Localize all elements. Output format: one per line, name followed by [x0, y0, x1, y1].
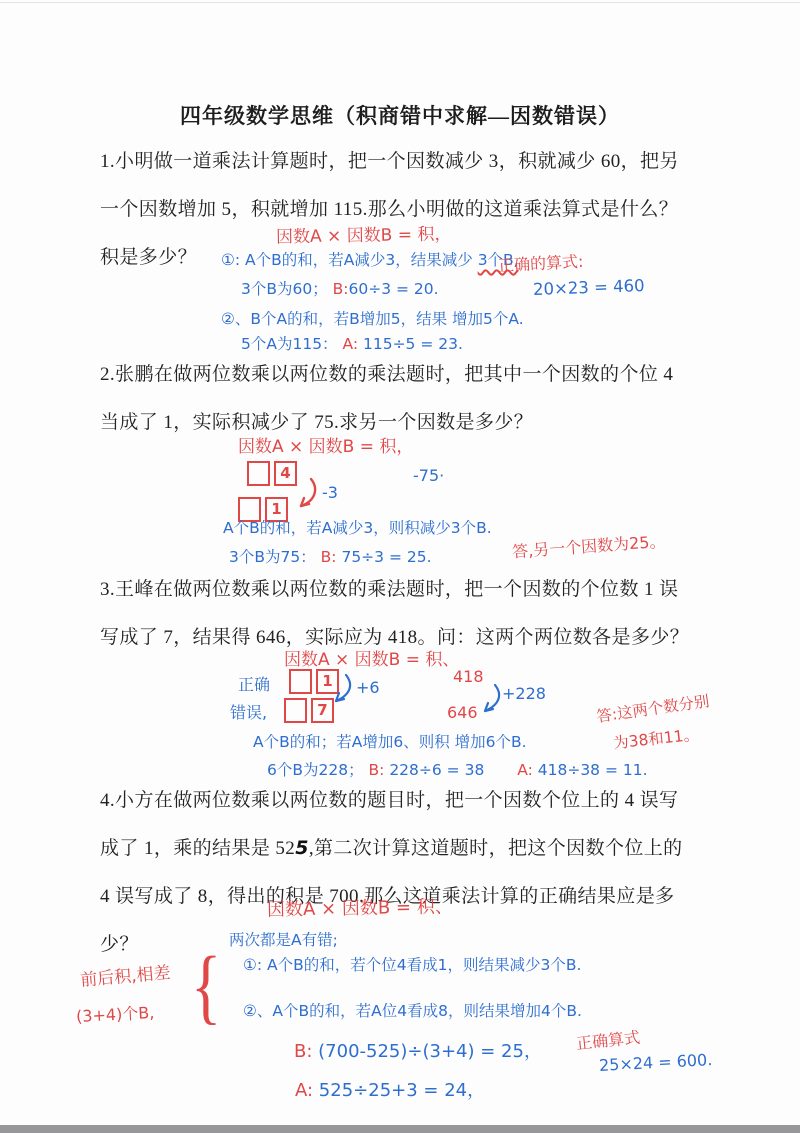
problem3-step2-calc: 228÷6 = 38 — [389, 761, 484, 779]
problem3-answer-line2: 为38和11。 — [612, 723, 700, 754]
page-top-edge — [0, 2, 800, 3]
problem4-step1: ①: A个B的和，若个位4看成1，则结果减少3个B. — [243, 953, 581, 975]
problem3-plus228: +228 — [502, 684, 546, 703]
problem1-step4-a-label: A: — [342, 335, 358, 353]
problem4-calcB-expr: (700-525)÷(3+4) = 25， — [318, 1041, 542, 1062]
problem3-wrong-label: 错误, — [230, 700, 267, 723]
page-title: 四年级数学思维（积商错中求解—因数错误） — [0, 100, 800, 130]
problem1-step3: ②、B个A的和，若B增加5，结果 增加5个A. — [221, 307, 524, 329]
problem4-note: 两次都是A有错; — [229, 928, 338, 950]
problem1-step1-text: ①: A个B的和，若A减少3，结果减少 — [221, 251, 478, 269]
problem4-step2: ②、A个B的和，若A位4看成8，则结果增加4个B. — [243, 999, 582, 1021]
problem1-step4: 5个A为115： A: 115÷5 = 23. — [241, 332, 463, 354]
problem1-step1: ①: A个B的和，若A减少3，结果减少 3个B, — [221, 248, 519, 270]
problem1-step4-text: 5个A为115： — [241, 335, 342, 353]
problem4-overwritten-digit: 5 — [295, 837, 309, 859]
problem3-wrong-box: 7 — [284, 698, 338, 723]
problem3-step2-b-label: B: — [369, 761, 385, 779]
problem3-step2: 6个B为228； B: 228÷6 = 38 A: 418÷38 = 11. — [267, 758, 648, 780]
problem1-text-line2: 一个因数增加 5，积就增加 115.那么小明做的这道乘法算式是什么？ — [100, 194, 720, 221]
problem2-step1: A个B的和，若A减少3，则积减少3个B. — [223, 516, 492, 538]
problem4-side-note-line2: (3+4)个B, — [75, 1000, 154, 1027]
problem4-side-note-line1: 前后积,相差 — [79, 958, 171, 991]
problem3-answer-line1: 答:这两个数分别 — [595, 689, 711, 727]
problem4-formula-note: 因数A × 因数B = 积、 — [267, 892, 453, 921]
problem4-text-line2c: ,第二次计算这道题时，把这个因数个位上的 — [309, 838, 683, 859]
problem3-correct-label: 正确 — [238, 672, 270, 695]
problem2-text-line2: 当成了 1，实际积减少了 75.求另一个因数是多少？ — [100, 407, 720, 434]
problem4-calcA-expr: 525÷25+3 = 24， — [319, 1080, 485, 1101]
problem2-text-line1: 2.张鹏在做两位数乘以两位数的乘法题时，把其中一个因数的个位 4 — [100, 359, 720, 386]
problem2-step2-b-label: B: — [321, 548, 337, 566]
worksheet-page: 四年级数学思维（积商错中求解—因数错误） 1.小明做一道乘法计算题时，把一个因数… — [0, 0, 800, 1133]
problem4-correct-label: 正确算式 — [575, 1025, 641, 1055]
empty-digit-box — [289, 669, 312, 694]
problem2-delta: -75· — [413, 466, 444, 485]
problem1-step4-calc: 115÷5 = 23. — [363, 335, 463, 353]
problem4-calcB-label: B: — [294, 1041, 312, 1062]
problem3-step1: A个B的和；若A增加6、则积 增加6个B. — [253, 730, 527, 752]
problem3-step3-a-label: A: — [517, 761, 533, 779]
problem1-correct-label: 正确的算式: — [497, 249, 583, 276]
problem4-calcA-label: A: — [295, 1080, 313, 1101]
problem1-step2-b-label: B: — [333, 280, 349, 298]
problem4-text-line2: 成了 1，乘的结果是 525,第二次计算这道题时，把这个因数个位上的 — [100, 833, 720, 860]
problem3-value-646: 646 — [447, 703, 478, 722]
problem1-formula-note: 因数A × 因数B = 积， — [276, 219, 452, 247]
empty-digit-box — [284, 698, 307, 723]
problem3-text-line1: 3.王峰在做两位数乘以两位数的乘法题时，把一个因数的个位数 1 误 — [100, 574, 720, 601]
problem1-correct-calc: 20×23 = 460 — [533, 276, 645, 299]
problem1-text-line1: 1.小明做一道乘法计算题时，把一个因数减少 3，积就减少 60，把另 — [100, 146, 720, 173]
problem4-correct-calc: 25×24 = 600. — [599, 1050, 713, 1075]
page-bottom-edge — [0, 1125, 800, 1133]
empty-digit-box — [247, 461, 270, 486]
problem4-text-line2a: 成了 1，乘的结果是 52 — [100, 838, 295, 859]
problem2-step2: 3个B为75： B: 75÷3 = 25. — [229, 545, 432, 567]
problem4-text-line1: 4.小方在做两位数乘以两位数的题目时，把一个因数个位上的 4 误写 — [100, 785, 720, 812]
problem3-formula-note: 因数A × 因数B = 积、 — [284, 645, 459, 670]
problem3-step2-text: 6个B为228； — [267, 761, 369, 779]
problem2-step2-calc: 75÷3 = 25. — [341, 548, 431, 566]
problem2-answer: 答,另一个因数为25。 — [511, 529, 666, 563]
problem2-step2-text: 3个B为75： — [229, 548, 321, 566]
minus3-curved-arrow-icon — [293, 477, 321, 511]
problem4-calcA: A: 525÷25+3 = 24， — [295, 1076, 485, 1102]
problem2-formula-note: 因数A × 因数B = 积， — [238, 432, 413, 457]
digit-box-7: 7 — [311, 698, 334, 723]
problem4-calcB: B: (700-525)÷(3+4) = 25， — [294, 1037, 542, 1063]
problem2-arrow-label: -3 — [322, 483, 338, 502]
red-brace: { — [191, 938, 221, 1035]
problem1-step2-text: 3个B为60； — [241, 280, 333, 298]
problem1-step2: 3个B为60； B:60÷3 = 20. — [241, 277, 439, 299]
problem1-step2-calc: 60÷3 = 20. — [349, 280, 439, 298]
problem3-step3-calc: 418÷38 = 11. — [538, 761, 648, 779]
problem3-plus6: +6 — [356, 678, 380, 697]
